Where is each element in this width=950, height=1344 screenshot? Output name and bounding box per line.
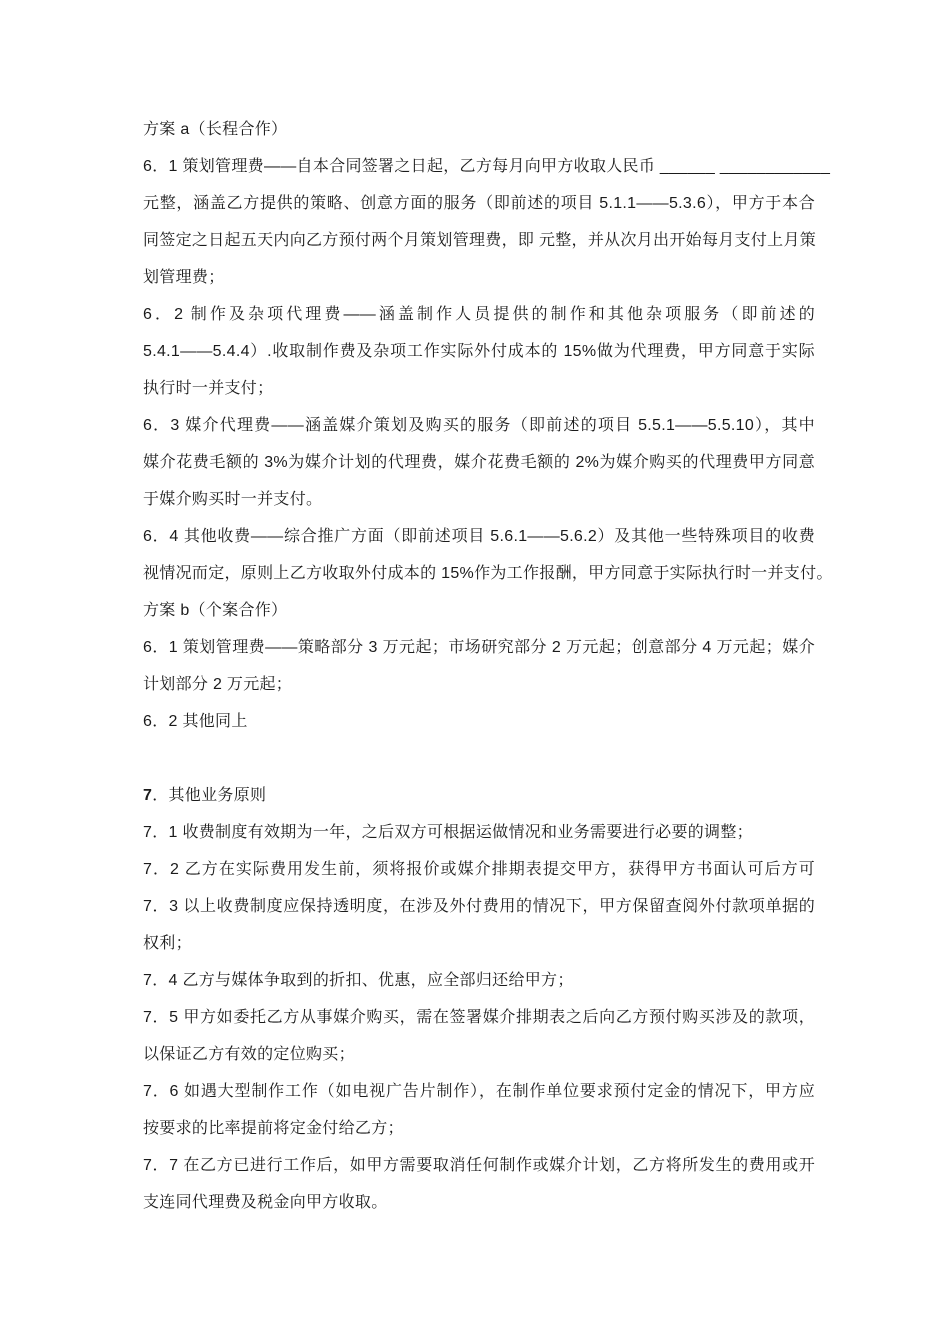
blank-spacer [143,740,815,777]
clause-6-2-case: 6．2 其他同上 [143,703,815,740]
clause-6-1-long-term-line-4: 划管理费； [143,259,815,296]
clause-7-5: 7．5 甲方如委托乙方从事媒介购买，需在签署媒介排期表之后向乙方预付购买涉及的款… [143,999,815,1073]
clause-6-4-long-term-line-1: 6．4 其他收费——综合推广方面（即前述项目 5.6.1——5.6.2）及其他一… [143,518,815,555]
clause-6-4-long-term: 6．4 其他收费——综合推广方面（即前述项目 5.6.1——5.6.2）及其他一… [143,518,815,592]
clause-7-3-line-2: 权利； [143,925,815,962]
clause-7-heading: 7．其他业务原则 [143,777,815,814]
clause-7-3-line-1: 7．3 以上收费制度应保持透明度，在涉及外付费用的情况下，甲方保留查阅外付款项单… [143,888,815,925]
clause-7-4-line-1: 7．4 乙方与媒体争取到的折扣、优惠，应全部归还给甲方； [143,962,815,999]
clause-6-2-long-term-line-1: 6．2 制作及杂项代理费——涵盖制作人员提供的制作和其他杂项服务（即前述的 [143,296,815,333]
clause-6-1-long-term-line-3: 同签定之日起五天内向乙方预付两个月策划管理费，即 元整，并从次月出开始每月支付上… [143,222,815,259]
clause-6-1-long-term-line-2: 元整，涵盖乙方提供的策略、创意方面的服务（即前述的项目 5.1.1——5.3.6… [143,185,815,222]
clause-7-5-line-1: 7．5 甲方如委托乙方从事媒介购买，需在签署媒介排期表之后向乙方预付购买涉及的款… [143,999,815,1036]
clause-6-1-long-term: 6．1 策划管理费——自本合同签署之日起，乙方每月向甲方收取人民币 ______… [143,148,815,296]
clause-7-7-line-2: 支连同代理费及税金向甲方收取。 [143,1184,815,1221]
clause-6-2-case-line-1: 6．2 其他同上 [143,703,815,740]
clause-7-4: 7．4 乙方与媒体争取到的折扣、优惠，应全部归还给甲方； [143,962,815,999]
plan-b-heading-line-1: 方案 b（个案合作） [143,592,815,629]
clause-6-4-long-term-line-2: 视情况而定，原则上乙方收取外付成本的 15%作为工作报酬，甲方同意于实际执行时一… [143,555,815,592]
clause-7-7-line-1: 7．7 在乙方已进行工作后，如甲方需要取消任何制作或媒介计划，乙方将所发生的费用… [143,1147,815,1184]
clause-6-2-long-term-line-2: 5.4.1——5.4.4）.收取制作费及杂项工作实际外付成本的 15%做为代理费… [143,333,815,370]
clause-6-1-long-term-line-1: 6．1 策划管理费——自本合同签署之日起，乙方每月向甲方收取人民币 ______… [143,148,815,185]
clause-7-3: 7．3 以上收费制度应保持透明度，在涉及外付费用的情况下，甲方保留查阅外付款项单… [143,888,815,962]
clause-6-1-case-line-1: 6．1 策划管理费——策略部分 3 万元起；市场研究部分 2 万元起；创意部分 … [143,629,815,666]
clause-6-1-case: 6．1 策划管理费——策略部分 3 万元起；市场研究部分 2 万元起；创意部分 … [143,629,815,703]
clause-6-3-long-term-line-2: 媒介花费毛额的 3%为媒介计划的代理费，媒介花费毛额的 2%为媒介购买的代理费甲… [143,444,815,481]
clause-7-1-line-1: 7．1 收费制度有效期为一年，之后双方可根据运做情况和业务需要进行必要的调整； [143,814,815,851]
clause-7-heading-bold-number: 7 [143,787,152,804]
clause-7-6-line-2: 按要求的比率提前将定金付给乙方； [143,1110,815,1147]
clause-6-3-long-term-line-3: 于媒介购买时一并支付。 [143,481,815,518]
plan-b-heading: 方案 b（个案合作） [143,592,815,629]
clause-6-1-case-line-2: 计划部分 2 万元起； [143,666,815,703]
clause-7-2-line-1: 7．2 乙方在实际费用发生前，须将报价或媒介排期表提交甲方，获得甲方书面认可后方… [143,851,815,888]
clause-7-1: 7．1 收费制度有效期为一年，之后双方可根据运做情况和业务需要进行必要的调整； [143,814,815,851]
document-page: 方案 a（长程合作）6．1 策划管理费——自本合同签署之日起，乙方每月向甲方收取… [0,0,950,1344]
document-body: 方案 a（长程合作）6．1 策划管理费——自本合同签署之日起，乙方每月向甲方收取… [143,111,815,1221]
plan-a-heading-line-1: 方案 a（长程合作） [143,111,815,148]
clause-7-6: 7．6 如遇大型制作工作（如电视广告片制作），在制作单位要求预付定金的情况下，甲… [143,1073,815,1147]
clause-7-5-line-2: 以保证乙方有效的定位购买； [143,1036,815,1073]
clause-6-2-long-term-line-3: 执行时一并支付； [143,370,815,407]
clause-7-6-line-1: 7．6 如遇大型制作工作（如电视广告片制作），在制作单位要求预付定金的情况下，甲… [143,1073,815,1110]
clause-6-3-long-term: 6．3 媒介代理费——涵盖媒介策划及购买的服务（即前述的项目 5.5.1——5.… [143,407,815,518]
clause-7-7: 7．7 在乙方已进行工作后，如甲方需要取消任何制作或媒介计划，乙方将所发生的费用… [143,1147,815,1221]
plan-a-heading: 方案 a（长程合作） [143,111,815,148]
clause-6-3-long-term-line-1: 6．3 媒介代理费——涵盖媒介策划及购买的服务（即前述的项目 5.5.1——5.… [143,407,815,444]
clause-6-2-long-term: 6．2 制作及杂项代理费——涵盖制作人员提供的制作和其他杂项服务（即前述的5.4… [143,296,815,407]
clause-7-2: 7．2 乙方在实际费用发生前，须将报价或媒介排期表提交甲方，获得甲方书面认可后方… [143,851,815,888]
blank-spacer-line-1 [143,740,815,777]
clause-7-heading-line-1: 7．其他业务原则 [143,777,815,814]
